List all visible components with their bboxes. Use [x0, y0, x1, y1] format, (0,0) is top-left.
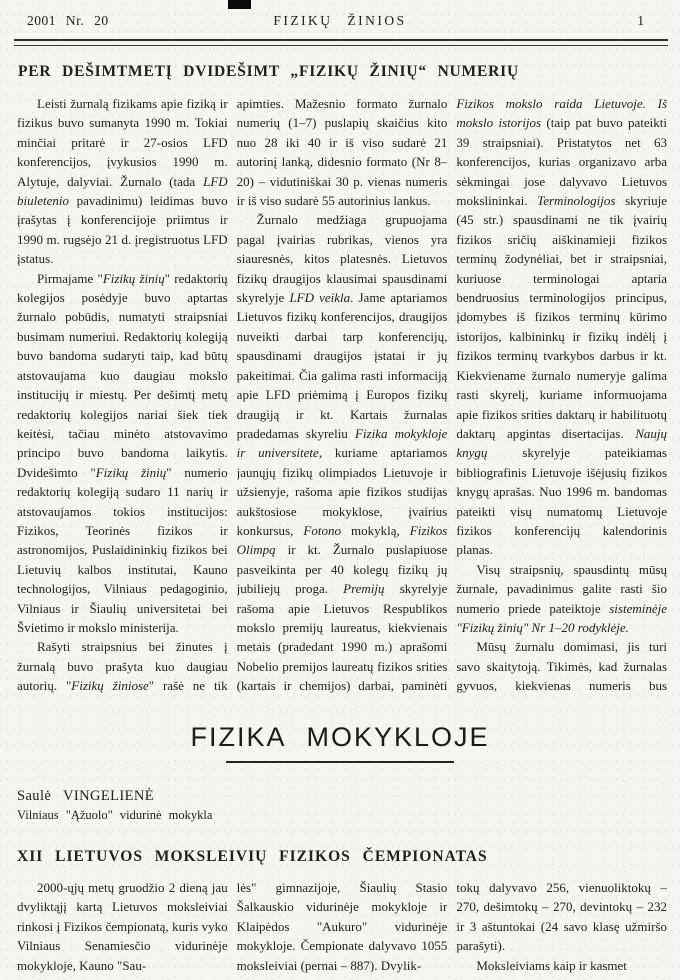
paragraph: Leisti žurnalą fizikams apie fiziką ir f… — [17, 94, 228, 269]
page-number: 1 — [637, 13, 644, 29]
article1-body: Leisti žurnalą fizikams apie fiziką ir f… — [0, 94, 680, 695]
paragraph: apimties. Mažesnio formato žurnalo numer… — [237, 94, 448, 210]
article1-column-3: Fizikos mokslo raida Lietuvoje. Iš moksl… — [456, 94, 667, 695]
author-block: Saulė VINGELIENĖ Vilniaus "Ąžuolo" vidur… — [17, 788, 680, 823]
paragraph: Moksleiviams kaip ir kasmet — [456, 956, 667, 975]
paragraph: tokų dalyvavo 256, vienuoliktokų – 270, … — [456, 878, 667, 956]
article2-body: 2000-ųjų metų gruodžio 2 dieną jau dvyli… — [0, 878, 680, 980]
paragraph: Visų straipsnių, spausdintų mūsų žurnale… — [456, 560, 667, 638]
section-heading: FIZIKA MOKYKLOJE — [0, 722, 680, 763]
header-rule — [14, 39, 668, 46]
article2-column-2: lės" gimnazijoje, Šiaulių Stasio Šalkaus… — [237, 878, 448, 980]
author-affiliation: Vilniaus "Ąžuolo" vidurinė mokykla — [17, 808, 680, 823]
journal-title: FIZIKŲ ŽINIOS — [0, 13, 680, 29]
paragraph: Mūsų žurnalu domimasi, jis turi savo ska… — [456, 637, 667, 695]
article1-title: PER DEŠIMTMETĮ DVIDEŠIMT „FIZIKŲ ŽINIŲ“ … — [18, 63, 666, 81]
article1-column-1: Leisti žurnalą fizikams apie fiziką ir f… — [17, 94, 228, 695]
article2-column-1: 2000-ųjų metų gruodžio 2 dieną jau dvyli… — [17, 878, 228, 980]
section-title-underline — [226, 761, 454, 763]
paragraph: Pirmajame "Fizikų žinių" redaktorių kole… — [17, 269, 228, 638]
article2-column-3: tokų dalyvavo 256, vienuoliktokų – 270, … — [456, 878, 667, 980]
section-title: FIZIKA MOKYKLOJE — [0, 722, 680, 753]
journal-page: 2001 Nr. 20 FIZIKŲ ŽINIOS 1 PER DEŠIMTME… — [0, 0, 680, 980]
article1-column-2: apimties. Mažesnio formato žurnalo numer… — [237, 94, 448, 695]
author-name: Saulė VINGELIENĖ — [17, 788, 680, 805]
article2-title: XII LIETUVOS MOKSLEIVIŲ FIZIKOS ČEMPIONA… — [17, 848, 680, 866]
paragraph: Fizikos mokslo raida Lietuvoje. Iš moksl… — [456, 94, 667, 560]
paragraph: 2000-ųjų metų gruodžio 2 dieną jau dvyli… — [17, 878, 228, 975]
paragraph: Žurnalo medžiaga grupuojama pagal įvairi… — [237, 210, 448, 695]
paragraph: lės" gimnazijoje, Šiaulių Stasio Šalkaus… — [237, 878, 448, 975]
page-header: 2001 Nr. 20 FIZIKŲ ŽINIOS 1 — [0, 0, 680, 32]
paragraph: Rašyti straipsnius bei žinutes į žurnalą… — [17, 637, 228, 695]
